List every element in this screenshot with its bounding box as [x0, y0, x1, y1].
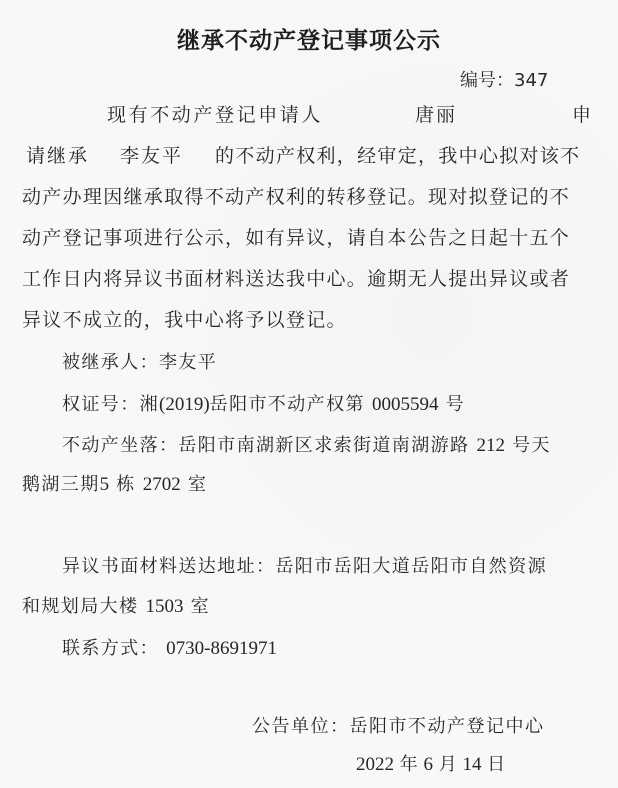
- certificate-number: 0005594: [372, 394, 439, 415]
- contact-phone: 0730-8691971: [166, 638, 277, 659]
- contact-label: 联系方式：: [62, 638, 159, 659]
- line2-prefix: 请继承: [26, 141, 89, 168]
- document-title: 继承不动产登记事项公示: [0, 22, 618, 55]
- objection-address-line2-text: 和规划局大楼: [22, 596, 138, 617]
- date-month: 6: [423, 754, 433, 775]
- date-day-unit: 日: [487, 754, 505, 775]
- location-line1-number: 212: [477, 435, 506, 456]
- certificate-middle: 岳阳市不动产权第: [210, 394, 365, 415]
- certificate-label: 权证号：: [62, 394, 140, 415]
- location-field-continued: 鹅湖三期5 栋 2702 室: [22, 470, 207, 496]
- decedent-inline: 李友平: [120, 141, 183, 168]
- location-line2-c: 栋: [116, 474, 135, 495]
- objection-address-line1: 岳阳市岳阳大道岳阳市自然资源: [275, 556, 547, 577]
- location-line1-text: 岳阳市南湖新区求索街道南湖游路: [178, 435, 469, 456]
- contact-field: 联系方式： 0730-8691971: [62, 634, 277, 660]
- document-page: 继承不动产登记事项公示 编号：347 现有不动产登记申请人 唐丽 申 请继承 李…: [0, 0, 618, 788]
- location-line1-tail: 号天: [512, 435, 551, 456]
- date-year: 2022: [356, 754, 394, 775]
- certificate-field: 权证号：湘(2019)岳阳市不动产权第 0005594 号: [62, 390, 465, 416]
- document-number: 编号：347: [460, 66, 548, 92]
- location-label: 不动产坐落：: [62, 435, 178, 456]
- document-number-value: 347: [514, 70, 548, 91]
- date-year-unit: 年: [400, 754, 418, 775]
- issuer-label: 公告单位：: [252, 716, 350, 737]
- intro-suffix: 申: [572, 100, 591, 127]
- decedent-field: 被继承人：李友平: [62, 348, 217, 374]
- date-day: 14: [462, 754, 481, 775]
- location-field: 不动产坐落：岳阳市南湖新区求索街道南湖游路 212 号天: [62, 431, 551, 457]
- document-number-label: 编号：: [460, 70, 514, 91]
- location-line2-e: 室: [188, 474, 207, 495]
- objection-address-field: 异议书面材料送达地址：岳阳市岳阳大道岳阳市自然资源: [62, 552, 547, 578]
- body-line-4: 动产登记事项进行公示，如有异议，请自本公告之日起十五个: [22, 223, 570, 250]
- objection-address-label: 异议书面材料送达地址：: [62, 556, 275, 577]
- line2-suffix: 的不动产权利，经审定，我中心拟对该不: [215, 141, 580, 168]
- certificate-prefix: 湘: [140, 394, 159, 415]
- location-line2-building: 5: [100, 474, 110, 495]
- body-line-6: 异议不成立的，我中心将予以登记。: [22, 305, 347, 332]
- location-line2-a: 鹅湖三期: [22, 474, 100, 495]
- intro-prefix: 现有不动产登记申请人: [107, 100, 323, 127]
- certificate-suffix: 号: [446, 394, 465, 415]
- issuer-line: 公告单位：岳阳市不动产登记中心: [252, 712, 545, 738]
- issuer-value: 岳阳市不动产登记中心: [350, 716, 545, 737]
- decedent-value: 李友平: [159, 352, 217, 373]
- date-line: 2022 年 6 月 14 日: [356, 750, 505, 776]
- location-line2-room: 2702: [143, 474, 181, 495]
- body-line-5: 工作日内将异议书面材料送达我中心。逾期无人提出异议或者: [22, 264, 570, 291]
- objection-address-continued: 和规划局大楼 1503 室: [22, 592, 210, 618]
- body-line-3: 动产办理因继承取得不动产权利的转移登记。现对拟登记的不: [22, 182, 570, 209]
- objection-address-room: 1503: [146, 596, 184, 617]
- certificate-year: (2019): [159, 394, 210, 415]
- date-month-unit: 月: [439, 754, 457, 775]
- applicant-name: 唐丽: [415, 100, 457, 127]
- objection-address-line2-tail: 室: [191, 596, 210, 617]
- decedent-label: 被继承人：: [62, 352, 159, 373]
